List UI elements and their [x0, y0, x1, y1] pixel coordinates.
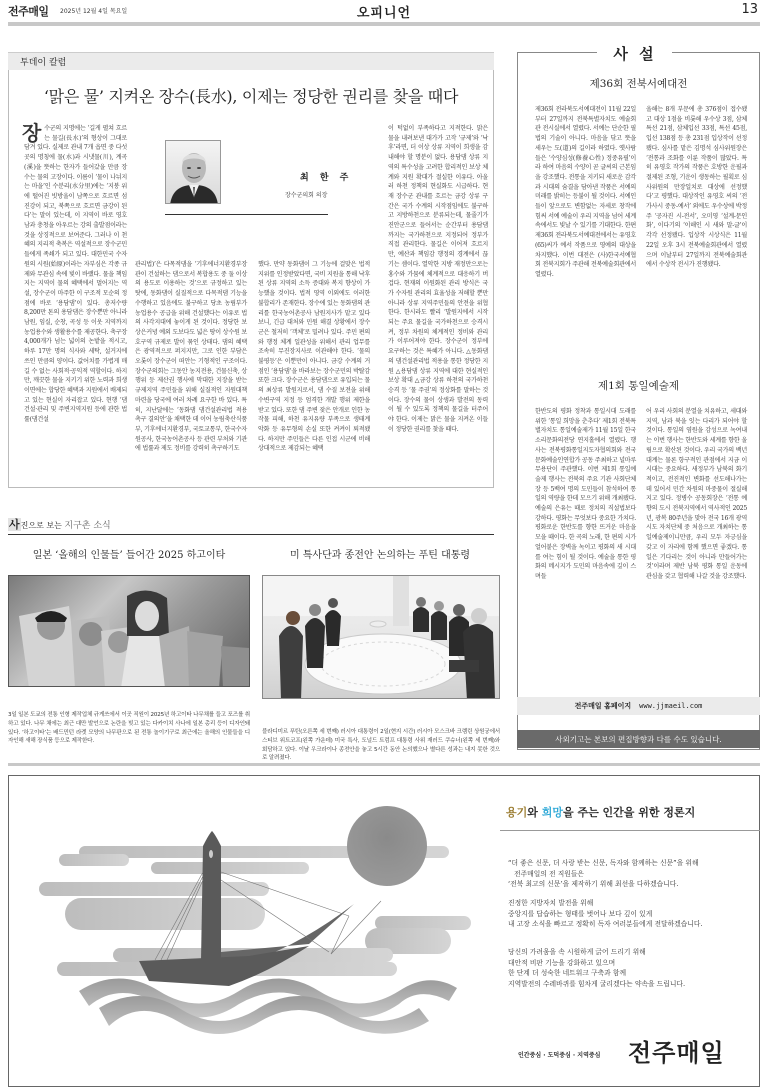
- author-divider: [165, 214, 328, 215]
- dropcap: 장: [22, 124, 41, 142]
- header-divider: [8, 22, 760, 26]
- ad-paragraph-3: 당신의 가려움을 속 시원하게 긁어 드리기 위해 대안적 비판 기능을 강화하…: [508, 947, 685, 989]
- portrait-icon: [166, 141, 221, 204]
- photo1-caption: 3일 일본 도쿄의 전통 인형 제작업체 규게쓰에서 이곳 직원이 2025년 …: [8, 711, 250, 746]
- hagoita-photo-icon: [9, 576, 250, 687]
- column-body-col2: 관리법)’은 다목적댐을 ‘기후에너지환경부장관이 건설하는 댐으로서 복합용도…: [135, 260, 247, 454]
- photo2-title: 미 특사단과 종전안 논의하는 푸틴 대통령: [260, 546, 500, 561]
- homepage-link[interactable]: www.jjmaeil.com: [639, 702, 702, 710]
- photo-news-heading: 사진으로 보는 지구촌 소식: [8, 516, 111, 532]
- meeting-photo-icon: [263, 576, 500, 699]
- photo2-caption: 블라디미르 푸틴(오른쪽 세 번째) 러시아 대통령이 2일(현지 시간) 러시…: [262, 728, 500, 763]
- photo-hagoita: [8, 575, 250, 687]
- ad-line: 내 고장 소식을 빠르고 정확히 독자 여러분들에게 전달하겠습니다.: [508, 919, 703, 930]
- ad-line: 중앙지를 답습하는 형태를 벗어나 보다 깊이 있게: [508, 909, 703, 920]
- ad-paragraph-1: “더 좋은 신문, 더 사랑 받는 신문, 독자와 함께하는 신문”을 위해 전…: [508, 858, 699, 890]
- ad-line: 대안적 비판 기능을 강화하고 있으며: [508, 958, 685, 969]
- photo-putin-meeting: [262, 575, 500, 699]
- column-body-col3: 했다. 만약 동화댐이 그 기능에 걸맞은 법적 지위를 인정받았다면, 국비 …: [258, 260, 370, 454]
- photo-news-divider: [8, 534, 494, 535]
- section-title: 오피니언: [0, 2, 768, 21]
- ad-tagline: 인간중심 · 도덕중심 · 지역중심: [518, 1050, 600, 1059]
- ship-illustration-icon: [9, 776, 509, 1088]
- slogan-divider: [500, 830, 760, 831]
- homepage-banner: 전주매일 홈페이지 www.jjmaeil.com: [517, 697, 760, 715]
- ad-line: ‘전북 최고의 신문’을 제작하기 위해 최선을 다하겠습니다.: [508, 879, 699, 890]
- editorial2-col-b: 어 우리 사회의 분열을 치유하고, 세대와 지역, 남과 북을 잇는 다리가 …: [646, 407, 747, 582]
- photo-news-heading-initial: 사: [8, 518, 21, 531]
- editorial1-col-b: 올해는 8개 부문에 총 376점이 접수됐고 대상 1점을 비롯해 우수상 3…: [646, 105, 747, 270]
- editorial-top-rule-left: [517, 52, 597, 53]
- page-number: 13: [741, 2, 758, 17]
- column-tag: 투데이 칼럼: [20, 55, 66, 68]
- column-body-col4: 이 턱없이 부족하다고 지적한다. 맑은 물을 내려보낸 대가가 고작 ‘규제’…: [388, 124, 488, 435]
- slogan-courage: 용기: [506, 806, 527, 819]
- column-tag-bar: [8, 52, 494, 70]
- ad-line: “더 좋은 신문, 더 사랑 받는 신문, 독자와 함께하는 신문”을 위해: [508, 858, 699, 869]
- editorial1-title: 제36회 전북서예대전: [517, 76, 760, 91]
- ad-line: 한 단계 더 성숙한 네트워크 구축과 함께: [508, 968, 685, 979]
- photo-news-heading-grey: 지구촌 소식: [64, 521, 110, 531]
- column-text-1: 수군의 지명에는 ‘길게 펼쳐 흐르는 물길(長水)’의 형상이 그대로 담겨 …: [24, 125, 127, 423]
- editorial-top-rule-right: [672, 52, 760, 53]
- column-headline: ‘맑은 물’ 지켜온 장수(長水), 이제는 정당한 권리를 찾을 때다: [8, 84, 494, 107]
- column-body-col1: 장수군의 지명에는 ‘길게 펼쳐 흐르는 물길(長水)’의 형상이 그대로 담겨…: [24, 124, 127, 494]
- ad-line: 지역발전의 수레바퀴를 힘차게 굴리겠다는 약속을 드립니다.: [508, 979, 685, 990]
- disclaimer-banner: 사외기고는 본보의 편집방향과 다를 수도 있습니다.: [517, 730, 760, 748]
- ad-line: 당신의 가려움을 속 시원하게 긁어 드리기 위해: [508, 947, 685, 958]
- photo-news-heading-small: 진으로 보는: [21, 521, 62, 530]
- homepage-label: 전주매일 홈페이지: [575, 701, 632, 711]
- slogan-connector: 와: [527, 806, 541, 819]
- photo1-title: 일본 ‘올해의 인물들’ 들어간 2025 하고이타: [8, 546, 250, 561]
- author-photo: [165, 140, 221, 204]
- editorial-label: 사 설: [600, 43, 670, 64]
- editorial1-col-a: 제36회 전라북도서예대전이 11월 22일부터 27일까지 전북특별자치도 예…: [535, 105, 636, 280]
- editorial2-col-a: 한반도의 평화 정착과 통일시대 도래를 위한 ‘통일 희망을 춘추다’ 제1회…: [535, 407, 636, 582]
- slogan-hope: 희망: [542, 806, 563, 819]
- ad-slogan: 용기와 희망을 주는 인간을 위한 정론지: [506, 804, 695, 820]
- author-title: 장수군의회 의장: [285, 190, 327, 199]
- ad-line: 전주매일의 전 직원들은: [508, 869, 699, 880]
- author-name: 최 한 주: [300, 170, 352, 183]
- bottom-divider: [8, 763, 760, 766]
- editorial2-title: 제1회 통일예술제: [517, 378, 760, 393]
- slogan-rest: 을 주는 인간을 위한 정론지: [563, 806, 695, 819]
- ad-logo: 전주매일: [628, 1033, 725, 1068]
- ad-line: 진정한 지방자치 발전을 위해: [508, 898, 703, 909]
- ad-paragraph-2: 진정한 지방자치 발전을 위해 중앙지를 답습하는 형태를 벗어나 보다 깊이 …: [508, 898, 703, 930]
